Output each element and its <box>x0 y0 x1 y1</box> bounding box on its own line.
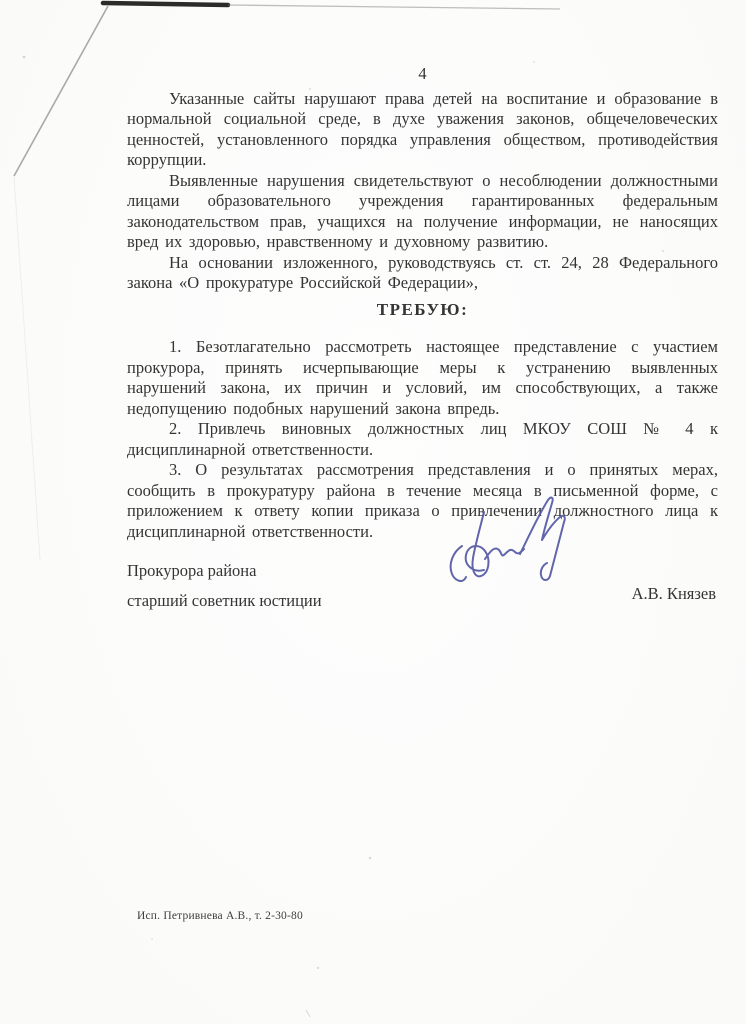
paragraph-violations-evidence: Выявленные нарушения свидетельствуют о н… <box>127 171 718 253</box>
signer-name: А.В. Князев <box>632 584 716 605</box>
paragraph-sites-violate-rights: Указанные сайты нарушают права детей на … <box>127 89 718 171</box>
signer-post-line1: Прокурора района <box>127 556 718 586</box>
page-number: 4 <box>127 64 718 85</box>
scanned-document-page: 4 Указанные сайты нарушают права детей н… <box>0 0 746 1024</box>
signer-post-line2: старший советник юстиции <box>127 586 718 616</box>
signature-block: Прокурора района старший советник юстици… <box>127 556 718 620</box>
scan-top-edge-thin-line <box>228 5 560 9</box>
paragraph-legal-basis: На основании изложенного, руководствуясь… <box>127 253 718 294</box>
demand-item-2: 2. Привлечь виновных должностных лиц МКО… <box>127 419 718 460</box>
demand-item-1: 1. Безотлагательно рассмотреть настоящее… <box>127 337 718 419</box>
page-left-edge-faint-line <box>14 176 40 560</box>
demand-item-3: 3. О результатах рассмотрения представле… <box>127 460 718 542</box>
scan-top-edge-dark-line <box>103 3 228 5</box>
demand-heading: ТРЕБУЮ: <box>127 300 718 321</box>
page-corner-diagonal-line <box>14 6 108 176</box>
document-body: 4 Указанные сайты нарушают права детей н… <box>127 64 718 620</box>
executor-note: Исп. Петривнева А.В., т. 2-30-80 <box>137 910 303 922</box>
